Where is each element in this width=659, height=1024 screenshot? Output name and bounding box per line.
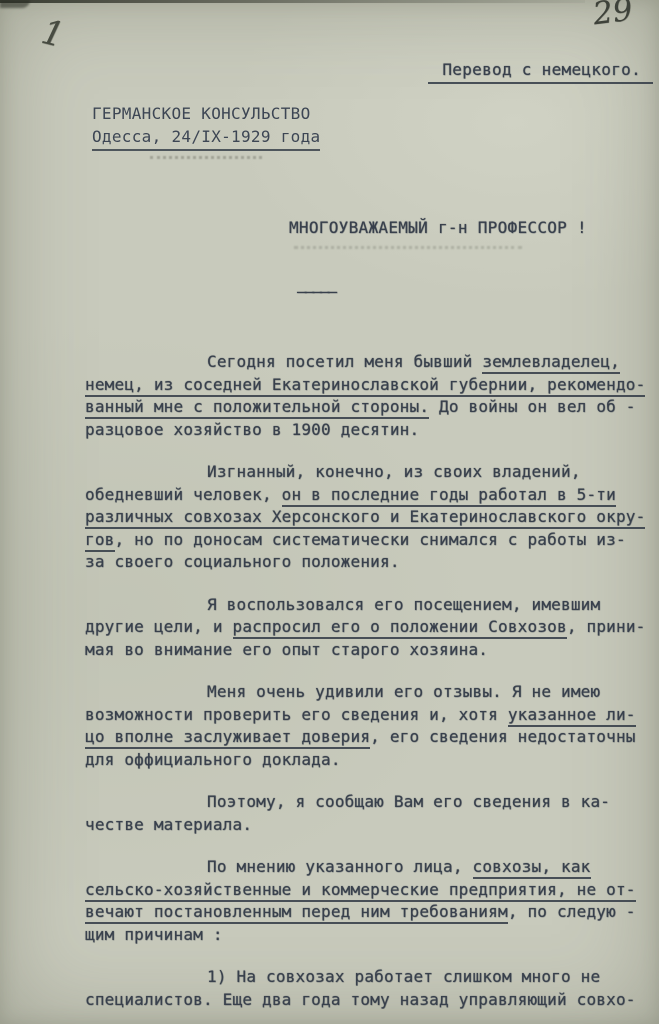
text-segment: обедневший человек,: [85, 485, 282, 504]
underlined-text: совхозы, как: [473, 857, 591, 879]
text-line: вечают постановленным перед ним требован…: [85, 901, 651, 924]
scan-edge-shadow: [0, 0, 585, 3]
text-line: Изгнанный, конечно, из своих владений,: [85, 461, 651, 484]
paragraph: По мнению указанного лица, совхозы, какс…: [85, 856, 651, 946]
scan-corner-blot: [0, 0, 30, 8]
letterhead-dateline: Одесса, 24/IX-1929 года: [92, 125, 320, 151]
text-line: обедневший человек, он в последние годы …: [85, 484, 651, 507]
letterhead-organization: ГЕРМАНСКОЕ КОНСУЛЬСТВО: [92, 102, 320, 125]
text-line: цо вполне заслуживает доверия, его сведе…: [85, 726, 651, 749]
text-line: другие цели, и распросил его о положении…: [85, 616, 651, 639]
underlined-text: сельско-хозяйственные и коммерческие пре…: [85, 880, 636, 902]
text-segment: Я воспользовался его посещением, имевшим: [207, 595, 600, 614]
underlined-text: различных совхозах Херсонского и Екатери…: [85, 507, 645, 529]
text-line: Поэтому, я сообщаю Вам его сведения в ка…: [85, 791, 651, 814]
ink-smudge: [150, 156, 262, 159]
paragraph: Меня очень удивили его отзывы. Я не имею…: [85, 681, 651, 771]
text-line: немец, из соседней Екатеринославской губ…: [85, 374, 651, 397]
paragraph: Изгнанный, конечно, из своих владений,об…: [85, 461, 651, 574]
text-segment: за своего социального положения.: [85, 552, 400, 571]
paragraph: Я воспользовался его посещением, имевшим…: [85, 594, 651, 662]
text-line: По мнению указанного лица, совхозы, как: [85, 856, 651, 879]
text-line: мая во внимание его опыт старого хозяина…: [85, 639, 651, 662]
paragraph: Поэтому, я сообщаю Вам его сведения в ка…: [85, 791, 651, 836]
paragraph: Сегодня посетил меня бывший землевладеле…: [85, 351, 651, 441]
letterhead: ГЕРМАНСКОЕ КОНСУЛЬСТВО Одесса, 24/IX-192…: [92, 102, 320, 151]
letter-body: Сегодня посетил меня бывший землевладеле…: [85, 351, 651, 1024]
text-line: Сегодня посетил меня бывший землевладеле…: [85, 351, 651, 374]
text-segment: Изгнанный, конечно, из своих владений,: [207, 462, 581, 481]
salutation: МНОГОУВАЖАЕМЫЙ г-н ПРОФЕССОР !: [289, 218, 587, 237]
text-segment: щим причинам :: [85, 925, 223, 944]
underlined-text: распросил его о положении Совхозов: [233, 617, 567, 639]
underlined-text: ванный мне с положительной стороны.: [85, 397, 429, 419]
underlined-text: он в последние годы работал в 5-ти: [282, 485, 616, 507]
scanned-page: 1 29 Перевод с немецкого. ГЕРМАНСКОЕ КОН…: [0, 0, 659, 1024]
text-segment: разцовое хозяйство в 1900 десятин.: [85, 420, 419, 439]
text-segment: Меня очень удивили его отзывы. Я не имею: [207, 682, 600, 701]
underlined-text: указанное ли-: [508, 705, 636, 727]
underlined-text: гов: [85, 530, 115, 552]
text-line: за своего социального положения.: [85, 551, 651, 574]
text-segment: специалистов. Еще два года тому назад уп…: [85, 990, 636, 1009]
text-segment: для оффициального доклада.: [85, 750, 341, 769]
text-line: 1) На совхозах работает слишком много не: [85, 966, 651, 989]
handwritten-page-number-left: 1: [37, 12, 68, 56]
text-segment: Сегодня посетил меня бывший: [207, 352, 482, 371]
text-line: для оффициального доклада.: [85, 749, 651, 772]
text-segment: другие цели, и: [85, 617, 233, 636]
text-line: ванный мне с положительной стороны. До в…: [85, 396, 651, 419]
text-segment: возможности проверить его сведения и, хо…: [85, 705, 508, 724]
text-line: щим причинам :: [85, 924, 651, 947]
text-segment: По мнению указанного лица,: [207, 857, 473, 876]
underlined-text: вечают постановленным перед ним требован…: [85, 902, 508, 924]
text-line: честве материала.: [85, 814, 651, 837]
text-line: специалистов. Еще два года тому назад уп…: [85, 989, 651, 1012]
separator-dashes: —————: [297, 282, 335, 301]
text-segment: До войны он вел об -: [429, 397, 636, 416]
text-segment: честве материала.: [85, 815, 252, 834]
text-line: разцовое хозяйство в 1900 десятин.: [85, 419, 651, 442]
text-line: гов, но по доносам систематически снимал…: [85, 529, 651, 552]
handwritten-page-number-right: 29: [591, 0, 635, 32]
translation-note: Перевод с немецкого.: [428, 60, 653, 84]
underlined-text: землевладелец,: [482, 352, 620, 374]
text-segment: 1) На совхозах работает слишком много не: [207, 967, 600, 986]
text-segment: , прини-: [567, 617, 646, 636]
paragraph: 1) На совхозах работает слишком много не…: [85, 966, 651, 1011]
text-line: возможности проверить его сведения и, хо…: [85, 704, 651, 727]
text-segment: мая во внимание его опыт старого хозяина…: [85, 640, 488, 659]
underlined-text: немец, из соседней Екатеринославской губ…: [85, 375, 645, 397]
underlined-text: цо вполне заслуживает доверия: [85, 727, 370, 749]
ink-smudge: [294, 246, 522, 249]
text-line: различных совхозах Херсонского и Екатери…: [85, 506, 651, 529]
text-segment: , его сведения недостаточны: [370, 727, 636, 746]
text-line: Я воспользовался его посещением, имевшим: [85, 594, 651, 617]
text-segment: , но по доносам систематически снимался …: [115, 530, 626, 549]
text-line: Меня очень удивили его отзывы. Я не имею: [85, 681, 651, 704]
text-line: сельско-хозяйственные и коммерческие пре…: [85, 879, 651, 902]
text-segment: , по следую -: [508, 902, 636, 921]
text-segment: Поэтому, я сообщаю Вам его сведения в ка…: [207, 792, 610, 811]
